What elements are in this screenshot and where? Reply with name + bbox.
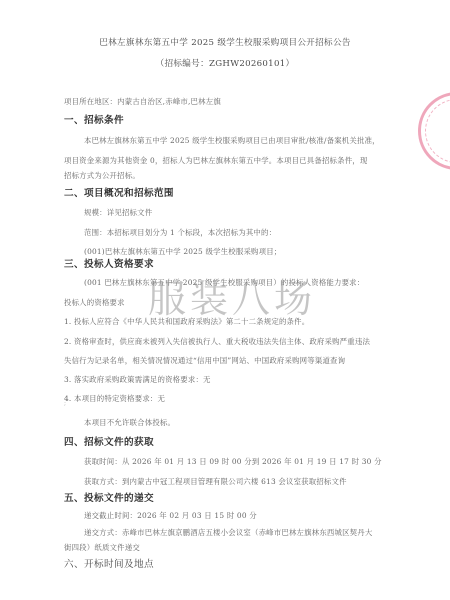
- section-5-line-1: 递交截止时间：2026 年 02 月 03 日 15 时 00 分: [84, 510, 257, 521]
- section-3-line-9: 本项目不允许联合体投标。: [84, 417, 175, 428]
- section-2-line-2: 范围：本招标项目划分为 1 个标段，本次招标为其中的：: [84, 227, 276, 238]
- section-5-heading: 五、投标文件的递交: [64, 490, 154, 504]
- tender-number: （招标编号：ZGHW20260101）: [0, 57, 450, 69]
- section-4-line-2: 获取方式：到内蒙古中冠工程项目管理有限公司六楼 613 会议室获取招标文件: [84, 476, 347, 487]
- section-1-line-3: 招标方式为公开招标。: [64, 170, 140, 181]
- section-3-line-4: 2. 资格审查时，供应商未被列入失信被执行人、重大税收违法失信主体、政府采购严重…: [64, 336, 370, 347]
- section-1-line-2: 项目资金来源为其他资金 0，招标人为巴林左旗林东第五中学。本项目已具备招标条件，…: [64, 155, 368, 166]
- section-3-line-7: 4. 本项目的特定资格要求：无: [64, 393, 165, 404]
- section-3-line-2: 投标人的资格要求: [64, 297, 125, 308]
- tender-announcement-page: 巴林左旗林东第五中学 2025 级学生校服采购项目公开招标公告 （招标编号：ZG…: [0, 0, 450, 600]
- region-line: 项目所在地区：内蒙古自治区,赤峰市,巴林左旗: [64, 96, 221, 107]
- section-3-line-1: (001 巴林左旗林东第五中学 2025 级学生校服采购项目）的投标人资格能力要…: [84, 277, 364, 288]
- section-5-line-3: 街四段）纸质文件递交: [64, 542, 140, 553]
- section-3-line-5: 失信行为记录名单，相关情况情况通过“信用中国”网站、中国政府采购网等渠道查询: [64, 355, 345, 366]
- section-2-heading: 二、项目概况和招标范围: [64, 185, 174, 199]
- section-4-line-1: 获取时间：从 2026 年 01 月 13 日 09 时 00 分到 2026 …: [84, 456, 382, 467]
- section-3-line-3: 1. 投标人应符合《中华人民共和国政府采购法》第二十二条规定的条件。: [64, 316, 309, 327]
- section-3-heading: 三、投标人资格要求: [64, 256, 154, 270]
- section-2-line-1: 规模：详见招标文件: [84, 207, 152, 218]
- section-3-line-6: 3. 落实政府采购政策需满足的资格要求：无: [64, 374, 211, 385]
- document-title: 巴林左旗林东第五中学 2025 级学生校服采购项目公开招标公告: [0, 36, 450, 48]
- section-4-heading: 四、招标文件的获取: [64, 434, 154, 448]
- section-5-line-2: 递交方式：赤峰市巴林左旗京鹏酒店五楼小会议室（赤峰市巴林左旗林东西城区契丹大: [84, 527, 372, 538]
- section-1-line-1: 本巴林左旗林东第五中学 2025 级学生校服采购项目已由项目审批/核准/备案机关…: [84, 135, 380, 146]
- section-6-heading: 六、开标时间及地点: [64, 556, 154, 570]
- section-3-marker: ;: [64, 400, 66, 407]
- section-1-heading: 一、招标条件: [64, 112, 124, 126]
